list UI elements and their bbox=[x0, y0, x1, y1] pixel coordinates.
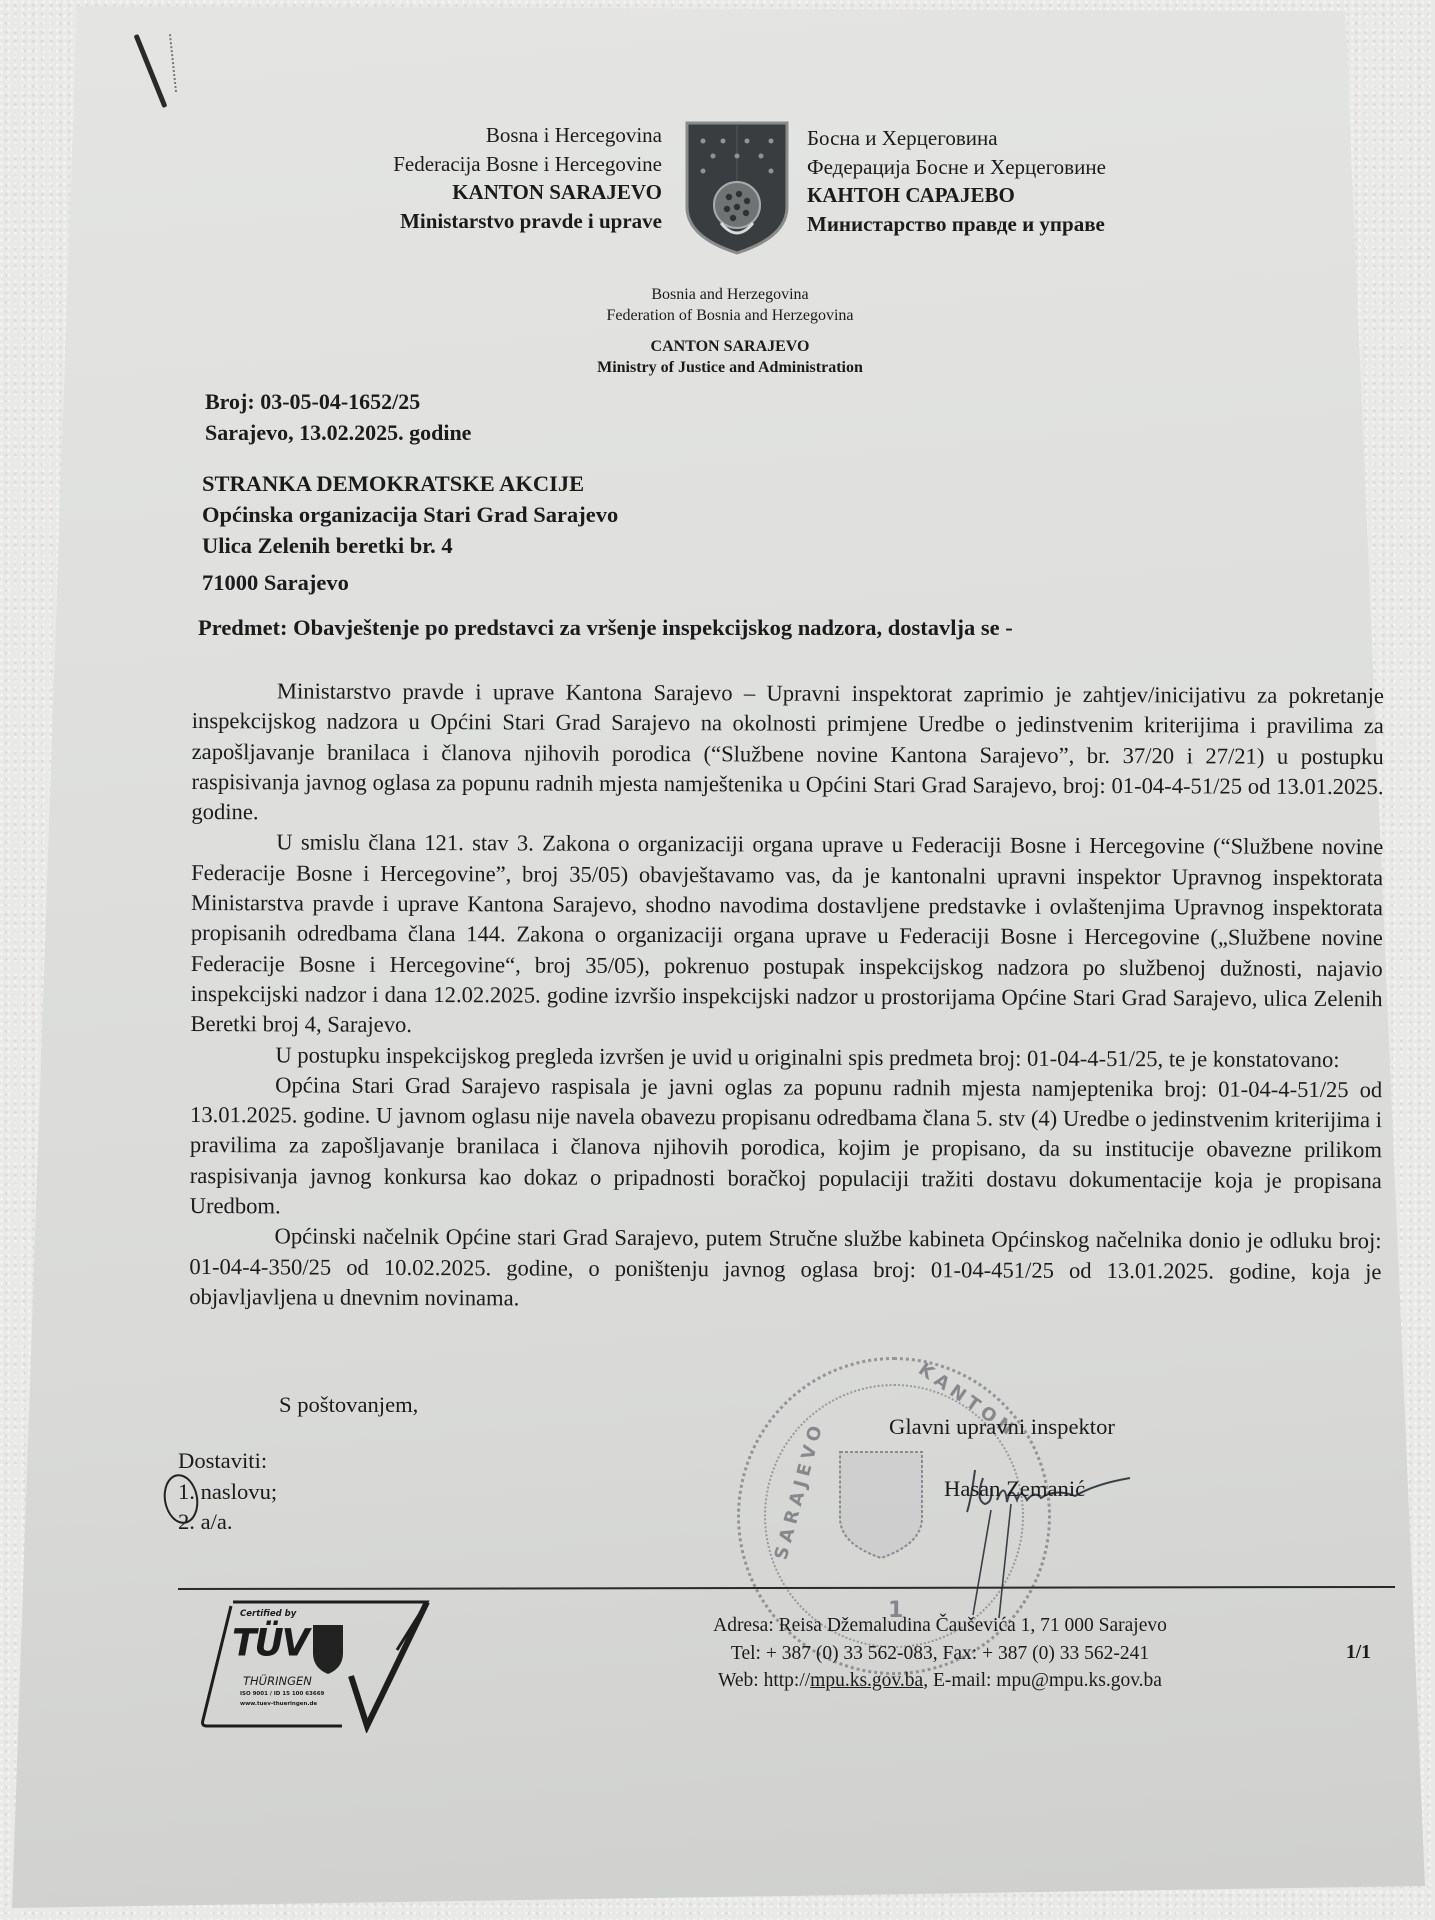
footer-web-link[interactable]: mpu.ks.gov.ba bbox=[810, 1670, 923, 1691]
footer-email: , E-mail: mpu@mpu.ks.gov.ba bbox=[923, 1670, 1162, 1691]
distribution-heading: Dostaviti: bbox=[178, 1446, 277, 1477]
letterhead-english: Bosnia and Herzegovina Federation of Bos… bbox=[520, 284, 940, 378]
letterhead-canton-en: CANTON SARAJEVO bbox=[520, 336, 940, 357]
recipient-address: STRANKA DEMOKRATSKE AKCIJE Općinska orga… bbox=[202, 468, 618, 598]
recipient-line: Ulica Zelenih beretki br. 4 bbox=[202, 530, 618, 561]
letterhead-country-en: Bosnia and Herzegovina bbox=[520, 284, 940, 305]
reference-block: Broj: 03-05-04-1652/25 Sarajevo, 13.02.2… bbox=[205, 386, 471, 448]
letterhead-cyrillic: Босна и Херцеговина Федерација Босне и Х… bbox=[807, 124, 1227, 238]
tuv-region: THÜRINGEN bbox=[243, 1674, 312, 1688]
footer-contact: Adresa: Reisa Džemaludina Čauševića 1, 7… bbox=[600, 1612, 1280, 1695]
recipient-line: Općinska organizacija Stari Grad Sarajev… bbox=[202, 499, 618, 530]
tuv-certified-by: Certified by bbox=[240, 1609, 296, 1619]
subject-line: Predmet: Obavještenje po predstavci za v… bbox=[198, 615, 1013, 641]
tuv-brand: TÜV bbox=[232, 1622, 308, 1665]
reference-date: Sarajevo, 13.02.2025. godine bbox=[205, 417, 471, 448]
footer-phone-fax: Tel: + 387 (0) 33 562-083, Fax: + 387 (0… bbox=[600, 1640, 1280, 1668]
tuv-certification-logo: Certified by TÜV THÜRINGEN ISO 9001 / ID… bbox=[195, 1598, 440, 1733]
handwritten-signature bbox=[945, 1440, 1180, 1620]
body-paragraph: U postupku inspekcijskog pregleda izvrše… bbox=[190, 1040, 1382, 1075]
signatory-name: Hasan Zemanić bbox=[944, 1476, 1085, 1502]
footer-address: Adresa: Reisa Džemaludina Čauševića 1, 7… bbox=[600, 1612, 1280, 1640]
letter-body: Ministarstvo pravde i uprave Kantona Sar… bbox=[189, 676, 1384, 1317]
letterhead-country: Bosna i Hercegovina bbox=[300, 121, 662, 150]
letterhead-canton-cyr: КАНТОН САРАЈЕВО bbox=[807, 181, 1227, 210]
distribution-list: Dostaviti: 1. naslovu; 2. a/a. bbox=[178, 1446, 277, 1538]
footer-web-prefix: Web: http:// bbox=[718, 1670, 810, 1691]
letterhead-country-cyr: Босна и Херцеговина bbox=[807, 124, 1227, 153]
closing-salutation: S poštovanjem, bbox=[279, 1392, 418, 1418]
body-paragraph: Ministarstvo pravde i uprave Kantona Sar… bbox=[191, 676, 1384, 833]
page-number: 1/1 bbox=[1346, 1642, 1371, 1664]
body-paragraph: U smislu člana 121. stav 3. Zakona o org… bbox=[190, 827, 1383, 1044]
reference-number: Broj: 03-05-04-1652/25 bbox=[205, 386, 471, 417]
tuv-website: www.tuev-thueringen.de bbox=[240, 1701, 317, 1707]
coat-of-arms-icon bbox=[683, 119, 791, 255]
letterhead-latin: Bosna i Hercegovina Federacija Bosne i H… bbox=[300, 121, 662, 235]
signatory-title: Glavni upravni inspektor bbox=[889, 1414, 1115, 1440]
footer-web-email: Web: http://mpu.ks.gov.ba, E-mail: mpu@m… bbox=[600, 1667, 1280, 1695]
stamp-coat-of-arms-icon bbox=[836, 1448, 926, 1560]
certification-checkmark-icon bbox=[195, 1598, 440, 1733]
letterhead-canton: KANTON SARAJEVO bbox=[300, 178, 662, 207]
letterhead-ministry-cyr: Министарство правде и управе bbox=[807, 210, 1227, 239]
body-paragraph: Općina Stari Grad Sarajevo raspisala je … bbox=[190, 1070, 1383, 1227]
tuv-standard: ISO 9001 / ID 15 100 63669 bbox=[240, 1691, 324, 1697]
letterhead-federation: Federacija Bosne i Hercegovine bbox=[300, 150, 662, 179]
letterhead-ministry: Ministarstvo pravde i uprave bbox=[300, 207, 662, 236]
recipient-line: STRANKA DEMOKRATSKE AKCIJE bbox=[202, 468, 618, 499]
letterhead-federation-cyr: Федерација Босне и Херцеговине bbox=[807, 153, 1227, 182]
body-paragraph: Općinski načelnik Općine stari Grad Sara… bbox=[189, 1221, 1381, 1317]
letterhead-ministry-en: Ministry of Justice and Administration bbox=[520, 357, 940, 378]
recipient-line: 71000 Sarajevo bbox=[202, 567, 618, 598]
letterhead-federation-en: Federation of Bosnia and Herzegovina bbox=[520, 305, 940, 326]
